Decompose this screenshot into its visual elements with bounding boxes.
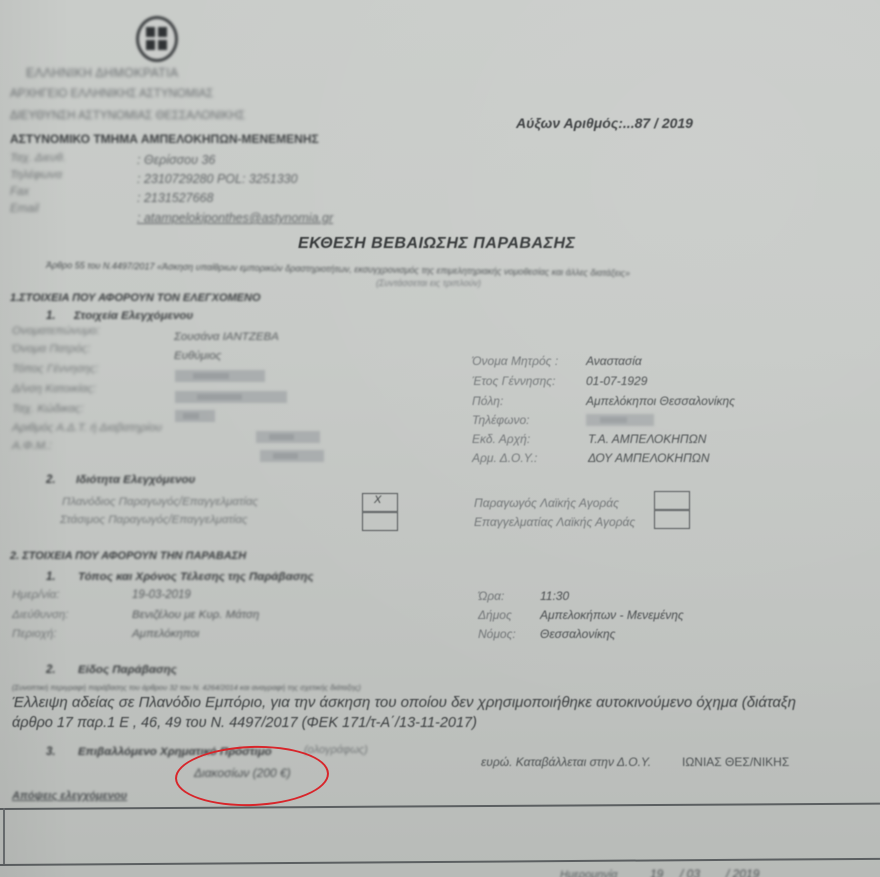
date-month: / 03 (680, 867, 700, 877)
field-value: 11:30 (540, 589, 569, 603)
field-label: Διεύθυνση: (12, 609, 68, 621)
fine-note: (ολογράφως) (304, 744, 368, 756)
date-day: 19 (650, 867, 663, 877)
section2-sub2-title: Είδος Παράβασης (78, 664, 177, 676)
checkbox-itinerant[interactable]: X (362, 493, 398, 512)
field-label: Ημερ/νία: (12, 589, 60, 601)
section2-heading: 2. ΣΤΟΙΧΕΙΑ ΠΟΥ ΑΦΟΡΟΥΝ ΤΗΝ ΠΑΡΑΒΑΣΗ (10, 550, 246, 562)
field-value: ΔΟΥ ΑΜΠΕΛΟΚΗΠΩΝ (588, 451, 710, 465)
contact-label: Fax (10, 186, 29, 198)
field-label: Δήμος (478, 608, 512, 622)
capacity-label: Στάσιμος Παραγωγός/Επαγγελματίας (60, 514, 248, 526)
capacity-label: Πλανόδιος Παραγωγός/Επαγγελματίας (62, 496, 258, 508)
contact-value: : 2131527668 (137, 191, 213, 205)
field-value: Θεσσαλονίκης (540, 627, 616, 641)
field-value: Τ.Α. ΑΜΠΕΛΟΚΗΠΩΝ (588, 432, 706, 446)
section1-sub1-num: 1. (46, 310, 56, 322)
republic-label: ΕΛΛΗΝΙΚΗ ΔΗΜΟΚΡΑΤΙΑ (26, 66, 179, 80)
field-label: Δ/νση Κατοικίας: (12, 383, 96, 395)
field-label: Αρμ. Δ.Ο.Υ.: (472, 451, 537, 465)
field-label: Τηλέφωνο: (472, 413, 529, 427)
legal-basis: Άρθρο 55 του Ν.4497/2017 «Άσκηση υπαίθρι… (46, 260, 630, 278)
section2-sub1-title: Τόπος και Χρόνος Τέλεσης της Παράβασης (78, 571, 313, 583)
section2-sub2-num: 2. (46, 664, 56, 676)
violation-note: (Συνοπτική περιγραφή παράβασης του άρθρο… (12, 683, 361, 692)
field-value: 19-03-2019 (132, 589, 191, 601)
date-year: / 2019 (726, 867, 759, 877)
field-label: Περιοχή: (12, 628, 56, 640)
contact-label: Email (10, 203, 39, 215)
contact-label: Τηλέφωνα (10, 169, 62, 181)
directorate-label: ΔΙΕΥΘΥΝΣΗ ΑΣΤΥΝΟΜΙΑΣ ΘΕΣΣΑΛΟΝΙΚΗΣ (10, 110, 245, 122)
hq-label: ΑΡΧΗΓΕΙΟ ΕΛΛΗΝΙΚΗΣ ΑΣΤΥΝΟΜΙΑΣ (10, 88, 213, 100)
violation-description-2: άρθρο 17 παρ.1 Ε , 46, 49 του Ν. 4497/20… (12, 715, 477, 731)
triplicate-note: (Συντάσσεται εις τριπλούν) (376, 278, 481, 288)
checkbox-stationary[interactable] (362, 512, 398, 531)
field-label: Α.Φ.Μ.: (12, 440, 52, 452)
field-label: Αριθμός Α.Δ.Τ. ή Διαβατηρίου (12, 422, 162, 434)
section1-heading: 1.ΣΤΟΙΧΕΙΑ ΠΟΥ ΑΦΟΡΟΥΝ ΤΟΝ ΕΛΕΓΧΟΜΕΝΟ (10, 292, 261, 304)
field-value: 01-07-1929 (586, 374, 647, 388)
field-label: Πόλη: (472, 394, 503, 408)
serial-number: Αύξων Αριθμός:...87 / 2019 (516, 115, 693, 131)
field-value: Αναστασία (586, 354, 642, 368)
field-value: Σουσάνα ΙΑΝΤΖΕΒΑ (174, 331, 279, 343)
contact-value: : Θερίσσου 36 (137, 153, 215, 167)
field-label: Όνομα Πατρός: (12, 343, 90, 355)
document-title: ΕΚΘΕΣΗ ΒΕΒΑΙΩΣΗΣ ΠΑΡΑΒΑΣΗΣ (298, 235, 575, 253)
section1-sub2-num: 2. (46, 474, 56, 486)
redacted-value (260, 450, 324, 462)
section2-sub3-num: 3. (46, 746, 56, 758)
redacted-value (175, 370, 265, 382)
field-label: Εκδ. Αρχή: (472, 432, 530, 446)
department-label: ΑΣΤΥΝΟΜΙΚΟ ΤΜΗΜΑ ΑΜΠΕΛΟΚΗΠΩΝ-ΜΕΝΕΜΕΝΗΣ (10, 132, 319, 146)
greek-emblem-icon (136, 16, 178, 62)
field-label: Όνομα Μητρός : (472, 354, 558, 368)
section2-sub1-num: 1. (46, 571, 56, 583)
redacted-value (256, 431, 320, 443)
checkbox-market-professional[interactable] (654, 510, 690, 529)
payment-label: ευρώ. Καταβάλλεται στην Δ.Ο.Υ. (481, 755, 651, 769)
field-label: Ονοματεπώνυμο: (12, 325, 100, 337)
checkbox-market-producer[interactable] (654, 491, 690, 510)
document-photo: ΕΛΛΗΝΙΚΗ ΔΗΜΟΚΡΑΤΙΑ ΑΡΧΗΓΕΙΟ ΕΛΛΗΝΙΚΗΣ Α… (0, 0, 880, 877)
field-value: Βενιζέλου με Κυρ. Μάτση (132, 609, 259, 621)
contact-value: : 2310729280 POL: 3251330 (137, 172, 298, 186)
field-value: Αμπελόκηποι (132, 628, 199, 640)
field-value: Αμπελόκηποι Θεσσαλονίκης (586, 394, 735, 408)
capacity-label: Παραγωγός Λαϊκής Αγοράς (474, 496, 619, 510)
section1-sub1-title: Στοιχεία Ελεγχόμενου (74, 310, 193, 322)
field-label: Τόπος Γέννησης: (12, 363, 98, 375)
views-textarea[interactable] (8, 812, 868, 860)
checkbox-mark: X (374, 494, 381, 506)
field-value: Ευθύμιος (174, 350, 221, 362)
capacity-label: Επαγγελματίας Λαϊκής Αγοράς (474, 515, 635, 529)
field-label: Έτος Γέννησης: (472, 374, 555, 388)
views-box-left (3, 808, 5, 864)
section1-sub2-title: Ιδιότητα Ελεγχόμενου (76, 474, 195, 486)
field-label: Ταχ. Κώδικας: (12, 403, 84, 415)
field-value: Αμπελοκήπων - Μενεμένης (540, 608, 684, 622)
field-label: Νόμος: (478, 627, 516, 641)
date-label: Ημερομηνία (560, 869, 618, 877)
redacted-value (586, 414, 654, 426)
email-link[interactable]: : atampelokiponthes@astynomia.gr (137, 211, 333, 225)
violation-description: Έλλειψη αδείας σε Πλανόδιο Εμπόριο, για … (12, 694, 796, 711)
redacted-value (175, 391, 287, 403)
tax-office: ΙΩΝΙΑΣ ΘΕΣ/ΝΙΚΗΣ (682, 755, 789, 769)
views-box-top (0, 803, 880, 810)
redacted-value (175, 410, 215, 422)
contact-label: Ταχ. Διευθ. (10, 152, 66, 164)
field-label: Ώρα: (478, 589, 504, 603)
views-heading: Απόψεις ελεγχόμενου (12, 790, 127, 802)
